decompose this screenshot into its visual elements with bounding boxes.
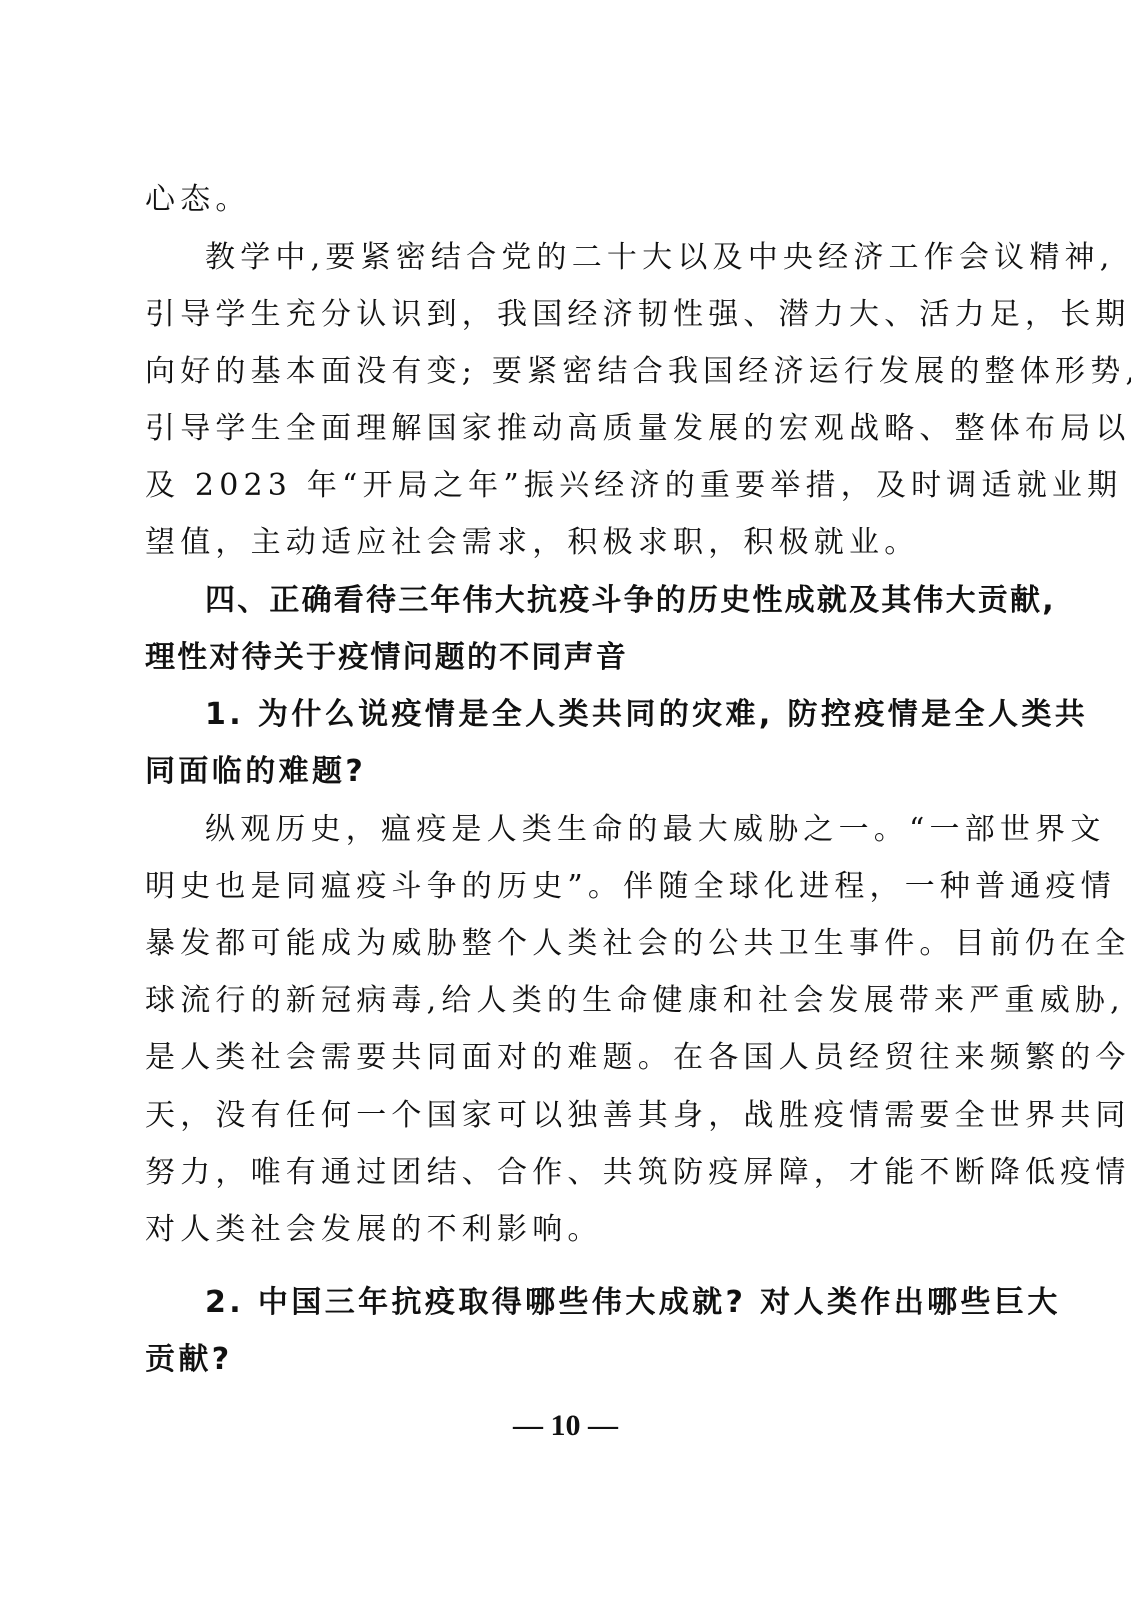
paragraph-line: 纵观历史，瘟疫是人类生命的最大威胁之一。“一部世界文 (205, 810, 975, 850)
paragraph-line: 向好的基本面没有变; 要紧密结合我国经济运行发展的整体形势, (145, 352, 975, 392)
paragraph-line: 及 2023 年“开局之年”振兴经济的重要举措，及时调适就业期 (145, 466, 975, 506)
question-heading: 贡献? (145, 1340, 975, 1380)
document-page: 心态。 教学中,要紧密结合党的二十大以及中央经济工作会议精神, 引导学生充分认识… (0, 0, 1131, 1600)
paragraph-line: 引导学生充分认识到，我国经济韧性强、潜力大、活力足，长期 (145, 295, 975, 335)
question-heading: 2. 中国三年抗疫取得哪些伟大成就? 对人类作出哪些巨大 (205, 1283, 975, 1323)
paragraph-line: 努力，唯有通过团结、合作、共筑防疫屏障，才能不断降低疫情 (145, 1153, 975, 1193)
paragraph-line: 引导学生全面理解国家推动高质量发展的宏观战略、整体布局以 (145, 409, 975, 449)
page-number: — 10 — (0, 1406, 1131, 1446)
paragraph-line: 是人类社会需要共同面对的难题。在各国人员经贸往来频繁的今 (145, 1038, 975, 1078)
section-heading: 四、正确看待三年伟大抗疫斗争的历史性成就及其伟大贡献, (205, 581, 975, 621)
section-heading: 理性对待关于疫情问题的不同声音 (145, 638, 975, 678)
paragraph-line: 球流行的新冠病毒,给人类的生命健康和社会发展带来严重威胁, (145, 981, 975, 1021)
question-heading: 1. 为什么说疫情是全人类共同的灾难, 防控疫情是全人类共 (205, 695, 975, 735)
paragraph-line: 对人类社会发展的不利影响。 (145, 1210, 975, 1250)
paragraph-line: 教学中,要紧密结合党的二十大以及中央经济工作会议精神, (205, 238, 975, 278)
paragraph-line: 望值，主动适应社会需求，积极求职，积极就业。 (145, 523, 975, 563)
paragraph-line: 暴发都可能成为威胁整个人类社会的公共卫生事件。目前仍在全 (145, 924, 975, 964)
paragraph-line: 明史也是同瘟疫斗争的历史”。伴随全球化进程，一种普通疫情 (145, 867, 975, 907)
question-heading: 同面临的难题? (145, 752, 975, 792)
paragraph-line: 心态。 (145, 180, 975, 220)
paragraph-line: 天，没有任何一个国家可以独善其身，战胜疫情需要全世界共同 (145, 1096, 975, 1136)
